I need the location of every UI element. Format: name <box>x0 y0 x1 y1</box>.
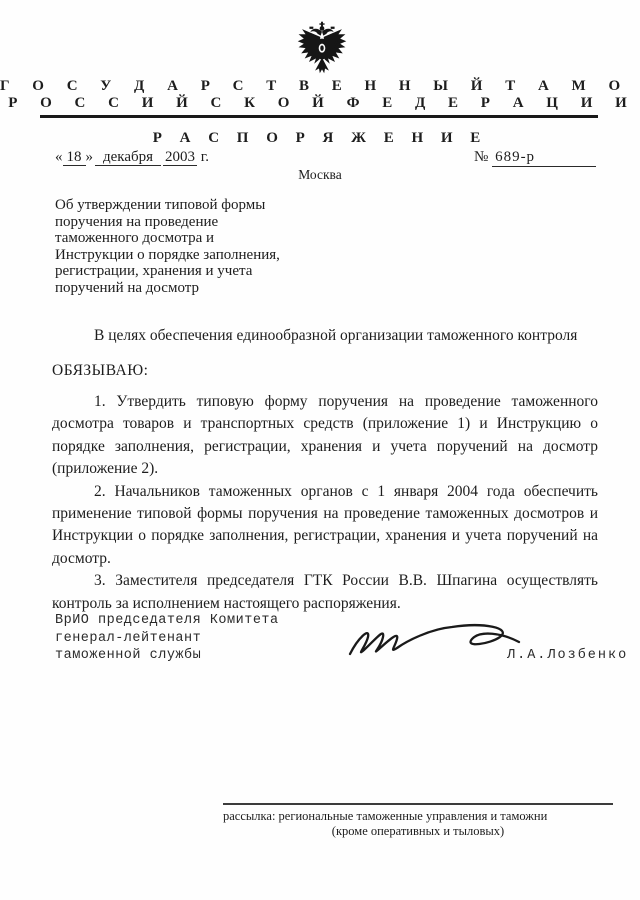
org-name-line1: Г О С У Д А Р С Т В Е Н Н Ы Й Т А М О Ж … <box>0 78 640 95</box>
date-day: 18 <box>63 149 86 166</box>
order-item-1: 1. Утвердить типовую форму поручения на … <box>52 391 598 481</box>
distribution-line2: (кроме оперативных и тыловых) <box>223 824 613 839</box>
subject-block: Об утверждении типовой формы поручения н… <box>55 197 345 296</box>
subject-line: поручения на проведение <box>55 214 345 231</box>
subject-line: Инструкции о порядке заполнения, <box>55 247 345 264</box>
distribution-line1: рассылка: региональные таможенные управл… <box>223 809 613 824</box>
date-era: г. <box>201 149 209 165</box>
signer-position-line: ВрИО председателя Комитета <box>55 612 279 630</box>
footer-divider <box>223 803 613 805</box>
date-month: декабря <box>95 149 161 166</box>
signer-position-line: генерал-лейтенант <box>55 630 279 648</box>
order-item-3: 3. Заместителя председателя ГТК России В… <box>52 570 598 615</box>
city-label: Москва <box>0 167 640 183</box>
document-type-title: Р А С П О Р Я Ж Е Н И Е <box>0 130 640 147</box>
subject-line: поручений на досмотр <box>55 280 345 297</box>
date-year: 2003 <box>163 149 197 166</box>
signer-position-block: ВрИО председателя Комитета генерал-лейте… <box>55 612 279 665</box>
org-name-line2: Р О С С И Й С К О Й Ф Е Д Е Р А Ц И И <box>0 95 640 112</box>
distribution-note: рассылка: региональные таможенные управл… <box>223 803 613 839</box>
signer-position-line: таможенной службы <box>55 647 279 665</box>
order-items: 1. Утвердить типовую форму поручения на … <box>52 391 598 615</box>
subject-line: регистрации, хранения и учета <box>55 263 345 280</box>
subject-line: Об утверждении типовой формы <box>55 197 345 214</box>
close-quote: » <box>86 149 94 165</box>
handwritten-signature-icon <box>344 614 524 662</box>
document-page: Г О С У Д А Р С Т В Е Н Н Ы Й Т А М О Ж … <box>0 0 640 900</box>
document-number: № 689-р <box>474 149 596 167</box>
header-divider <box>40 115 598 118</box>
coat-of-arms-icon <box>296 20 348 78</box>
order-item-2: 2. Начальников таможенных органов с 1 ян… <box>52 481 598 571</box>
number-label: № <box>474 149 488 165</box>
subject-line: таможенного досмотра и <box>55 230 345 247</box>
obligate-heading: ОБЯЗЫВАЮ: <box>52 362 149 380</box>
signer-name: Л.А.Лозбенко <box>507 648 628 663</box>
open-quote: « <box>55 149 63 165</box>
number-value: 689-р <box>492 149 596 167</box>
intro-paragraph: В целях обеспечения единообразной органи… <box>52 327 598 345</box>
document-date: «18»декабря2003 г. <box>55 149 209 166</box>
